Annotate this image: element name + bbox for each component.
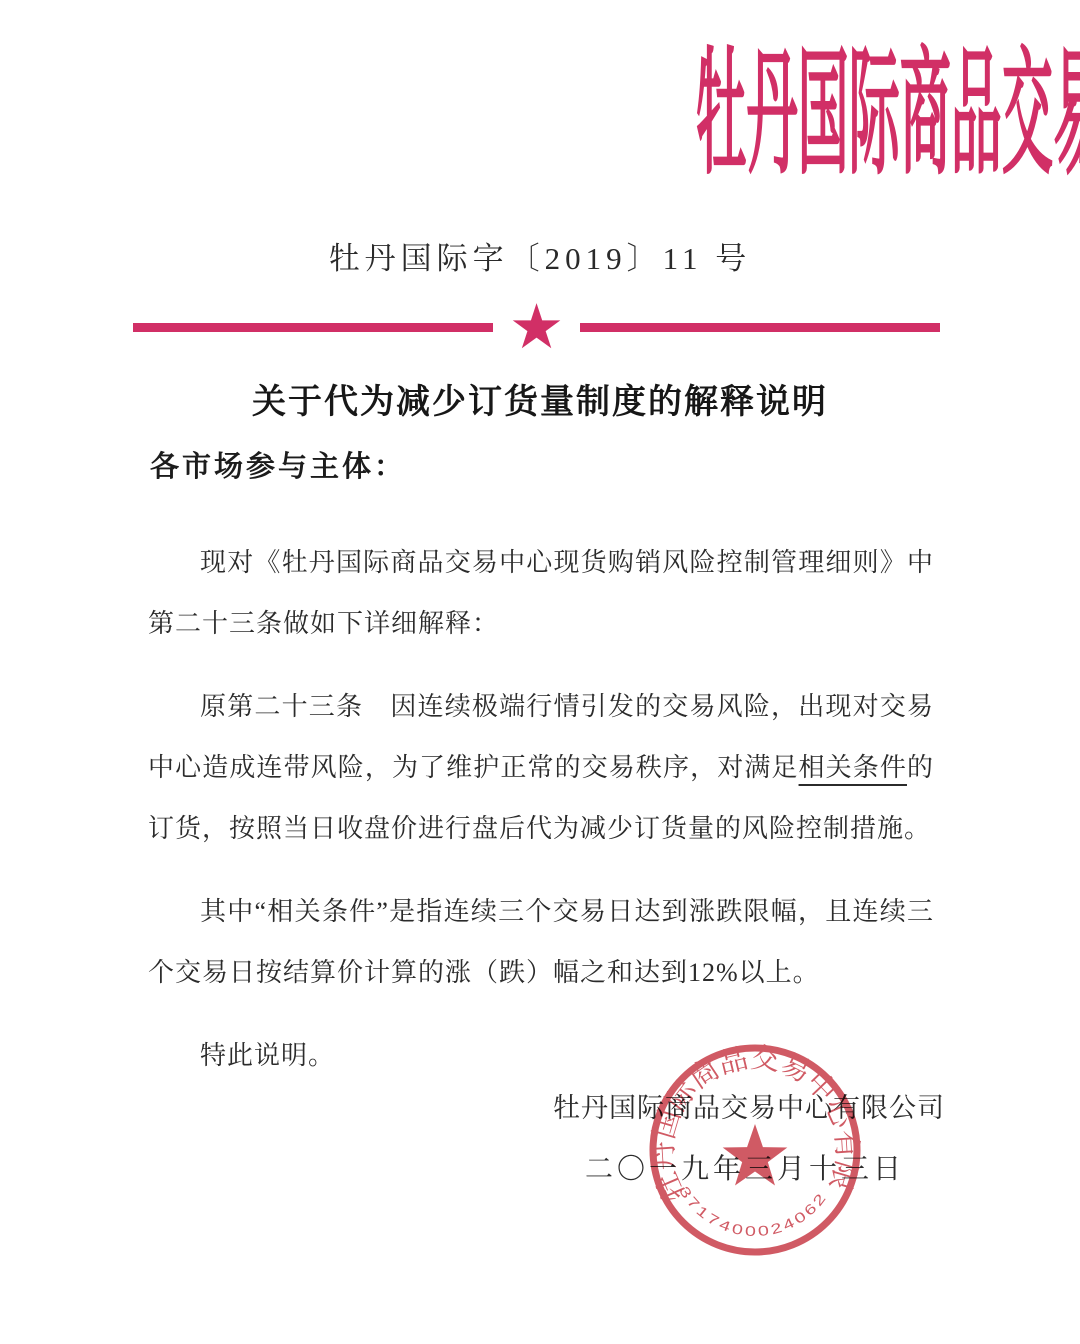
document-body: 现对《牡丹国际商品交易中心现货购销风险控制管理细则》中第二十三条做如下详细解释：… [148, 532, 934, 1108]
official-seal: 牡丹国际商品交易中心有限公司 3717400024062 [645, 1040, 865, 1260]
letterhead-title-text: 牡丹国际商品交易中心有限公司文件 [696, 40, 1080, 190]
divider-line-right [580, 323, 940, 332]
underlined-term: 相关条件 [799, 753, 907, 782]
salutation: 各市场参与主体： [150, 444, 406, 485]
divider: ★ [133, 297, 940, 357]
paragraph-2: 原第二十三条 因连续极端行情引发的交易风险，出现对交易中心造成连带风险，为了维护… [148, 676, 934, 859]
divider-line-left [133, 323, 493, 332]
seal-star-icon [723, 1124, 788, 1186]
document-title: 关于代为减少订货量制度的解释说明 [0, 374, 1080, 423]
document-page: 牡丹国际商品交易中心有限公司文件 牡丹国际字〔2019〕11 号 ★ 关于代为减… [0, 0, 1080, 1344]
doc-number: 牡丹国际字〔2019〕11 号 [0, 233, 1080, 278]
letterhead-title: 牡丹国际商品交易中心有限公司文件 [0, 40, 1080, 190]
seal-ring-text: 牡丹国际商品交易中心有限公司 [645, 1040, 864, 1206]
seal-serial-number: 3717400024062 [676, 1183, 830, 1239]
paragraph-1: 现对《牡丹国际商品交易中心现货购销风险控制管理细则》中第二十三条做如下详细解释： [148, 532, 934, 654]
paragraph-3: 其中“相关条件”是指连续三个交易日达到涨跌限幅，且连续三个交易日按结算价计算的涨… [148, 881, 934, 1003]
star-icon: ★ [509, 296, 565, 358]
